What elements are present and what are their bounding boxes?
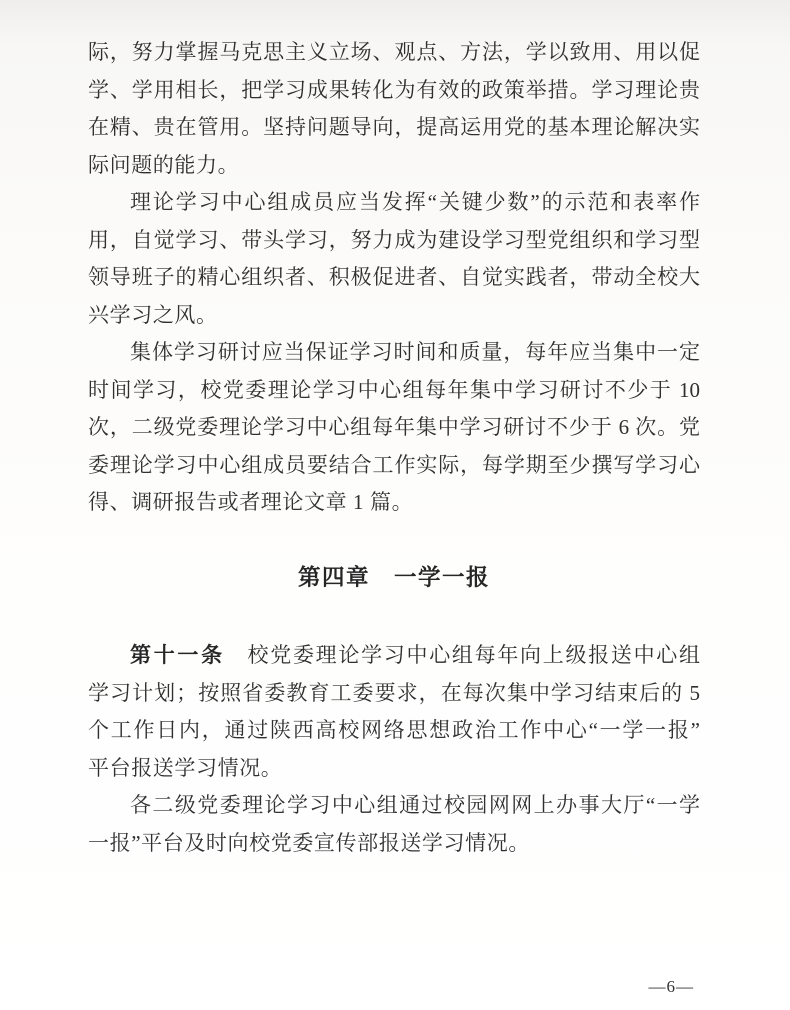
- text-line: 各二级党委理论学习中心组通过校园网网上办事大厅“一学: [88, 787, 700, 825]
- text-line: 委理论学习中心组成员要结合工作实际，每学期至少撰写学习心: [88, 447, 700, 485]
- text-line: 平台报送学习情况。: [88, 750, 700, 788]
- text-line: 在精、贵在管用。坚持问题导向，提高运用党的基本理论解决实: [88, 109, 700, 147]
- text-line: 个工作日内，通过陕西高校网络思想政治工作中心“一学一报”: [88, 712, 700, 750]
- text-line: 用，自觉学习、带头学习，努力成为建设学习型党组织和学习型: [88, 222, 700, 260]
- text-line: 时间学习，校党委理论学习中心组每年集中学习研讨不少于 10: [88, 372, 700, 410]
- document-page: 际，努力掌握马克思主义立场、观点、方法，学以致用、用以促 学、学用相长，把学习成…: [0, 0, 790, 1010]
- text-line: 际问题的能力。: [88, 147, 700, 185]
- text-line: 际，努力掌握马克思主义立场、观点、方法，学以致用、用以促: [88, 34, 700, 72]
- paragraph-3: 集体学习研讨应当保证学习时间和质量，每年应当集中一定 时间学习，校党委理论学习中…: [88, 334, 700, 522]
- paragraph-4: 第十一条 校党委理论学习中心组每年向上级报送中心组 学习计划；按照省委教育工委要…: [88, 637, 700, 787]
- document-body: 际，努力掌握马克思主义立场、观点、方法，学以致用、用以促 学、学用相长，把学习成…: [88, 34, 700, 862]
- paragraph-5: 各二级党委理论学习中心组通过校园网网上办事大厅“一学 一报”平台及时向校党委宣传…: [88, 787, 700, 862]
- paragraph-1: 际，努力掌握马克思主义立场、观点、方法，学以致用、用以促 学、学用相长，把学习成…: [88, 34, 700, 184]
- text-line-rest: 校党委理论学习中心组每年向上级报送中心组: [225, 643, 700, 667]
- text-line: 第十一条 校党委理论学习中心组每年向上级报送中心组: [88, 637, 700, 675]
- text-line: 学习计划；按照省委教育工委要求，在每次集中学习结束后的 5: [88, 675, 700, 713]
- text-line: 学、学用相长，把学习成果转化为有效的政策举措。学习理论贵: [88, 72, 700, 110]
- chapter-heading: 第四章 一学一报: [88, 559, 700, 597]
- text-line: 一报”平台及时向校党委宣传部报送学习情况。: [88, 825, 700, 863]
- text-line: 集体学习研讨应当保证学习时间和质量，每年应当集中一定: [88, 334, 700, 372]
- text-line: 次，二级党委理论学习中心组每年集中学习研讨不少于 6 次。党: [88, 409, 700, 447]
- text-line: 得、调研报告或者理论文章 1 篇。: [88, 484, 700, 522]
- text-line: 兴学习之风。: [88, 297, 700, 335]
- paragraph-2: 理论学习中心组成员应当发挥“关键少数”的示范和表率作 用，自觉学习、带头学习，努…: [88, 184, 700, 334]
- text-line: 理论学习中心组成员应当发挥“关键少数”的示范和表率作: [88, 184, 700, 222]
- text-line: 领导班子的精心组织者、积极促进者、自觉实践者，带动全校大: [88, 259, 700, 297]
- article-number: 第十一条: [130, 643, 225, 667]
- page-number: —6—: [649, 977, 695, 997]
